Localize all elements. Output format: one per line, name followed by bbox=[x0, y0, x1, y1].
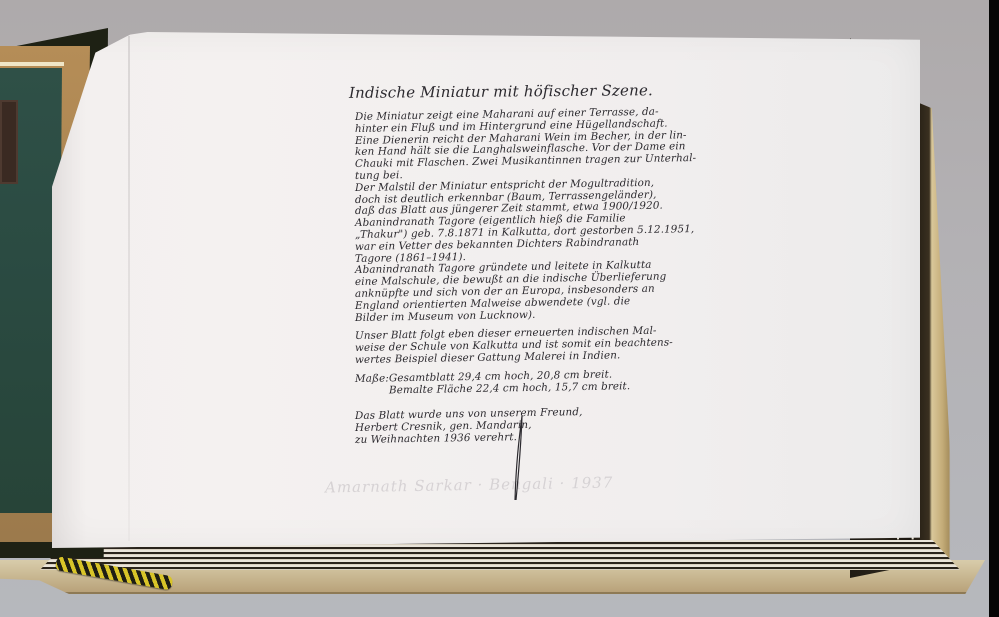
handwritten-title: Indische Miniatur mit höfischer Szene. bbox=[349, 80, 775, 102]
signature-flourish-icon bbox=[510, 414, 528, 504]
right-black-strip bbox=[989, 0, 999, 617]
left-cover-cream-line bbox=[0, 62, 64, 66]
dimensions: Maße:Gesamtblatt 29,4 cm hoch, 20,8 cm b… bbox=[355, 374, 775, 398]
paragraph-description: Die Miniatur zeigt eine Maharani auf ein… bbox=[355, 112, 775, 183]
paragraph-provenance: Das Blatt wurde uns von unserem Freund, … bbox=[355, 411, 775, 446]
dimensions-label: Maße: bbox=[355, 373, 389, 385]
handwritten-text: Indische Miniatur mit höfischer Szene. D… bbox=[355, 82, 775, 447]
paragraph-school: Abanindranath Tagore gründete und leitet… bbox=[355, 265, 775, 324]
photo-scene: Amarnath Sarkar · Bengali · 1937 Indisch… bbox=[0, 0, 999, 617]
paragraph-style: Der Malstil der Miniatur entspricht der … bbox=[355, 183, 775, 266]
page-fold bbox=[128, 36, 130, 541]
left-picture-frame bbox=[0, 100, 18, 184]
paragraph-example: Unser Blatt folgt eben dieser erneuerten… bbox=[355, 331, 775, 366]
